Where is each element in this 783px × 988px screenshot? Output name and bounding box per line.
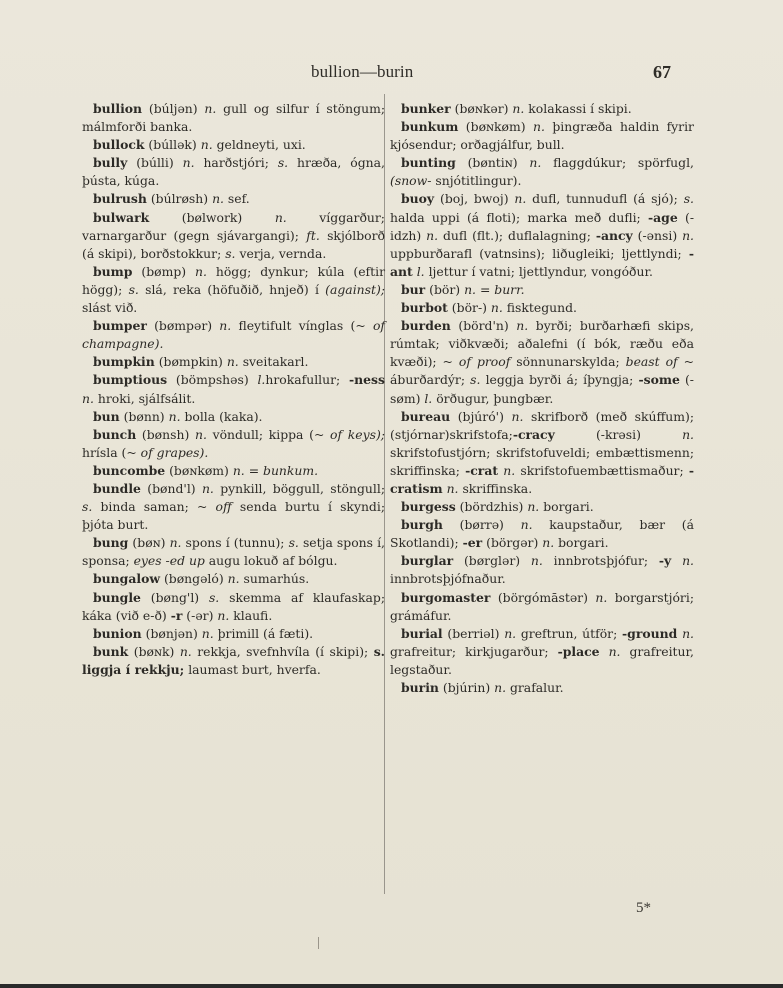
dictionary-entry: burden (börd'n) n. byrði; burðarhæfi ski… (390, 317, 694, 407)
italic-label: burr. (494, 282, 524, 297)
dictionary-entry: bung (bøɴ) n. spons í (tunnu); s. setja … (82, 534, 385, 570)
page-header: bullion—burin 67 (0, 62, 783, 86)
italic-label: n. (228, 571, 240, 586)
headword: bulwark (93, 210, 149, 225)
dictionary-entry: burial (berriəl) n. greftrun, útför; -gr… (390, 625, 694, 679)
italic-label: n. (180, 644, 192, 659)
headword: bully (93, 155, 127, 170)
headword: bumptious (93, 372, 167, 387)
italic-label: n. (521, 517, 533, 532)
subentry: -ant (390, 246, 694, 279)
italic-label: l. (424, 391, 432, 406)
headword: bun (93, 409, 120, 424)
dictionary-entry: burgh (børrə) n. kaupstaður, bær (á Skot… (390, 516, 694, 552)
dictionary-entry: bulrush (búlrøsh) n. sef. (82, 190, 385, 208)
headword: bumper (93, 318, 147, 333)
subentry: -crat (465, 463, 498, 478)
headword: bur (401, 282, 425, 297)
italic-label: n. (542, 535, 554, 550)
headword: bullock (93, 137, 144, 152)
dictionary-entry: bully (búlli) n. harðstjóri; s. hræða, ó… (82, 154, 385, 190)
italic-label: l. (257, 372, 265, 387)
italic-label: n. (202, 481, 214, 496)
italic-label: off (216, 499, 232, 514)
italic-label: n. (82, 391, 94, 406)
headword: bunkum (401, 119, 458, 134)
dictionary-entry: bungle (bøng'l) s. skemma af klaufaskap;… (82, 589, 385, 625)
dictionary-entry: bumptious (bömpshəs) l.hrokafullur; -nes… (82, 371, 385, 407)
dictionary-entry: bullion (búljən) n. gull og silfur í stö… (82, 100, 385, 136)
headword: burgomaster (401, 590, 490, 605)
italic-label: n. (195, 427, 207, 442)
italic-label: n. (491, 300, 503, 315)
dictionary-entry: bur (bör) n. = burr. (390, 281, 694, 299)
headword: bunion (93, 626, 142, 641)
headword: bullion (93, 101, 142, 116)
dictionary-entry: bump (bømp) n. högg; dynkur; kúla (eftir… (82, 263, 385, 317)
subentry: -place (558, 644, 600, 659)
subentry: -cracy (513, 427, 555, 442)
italic-label: n. (227, 354, 239, 369)
italic-label: n. (169, 409, 181, 424)
italic-label: (against); (325, 282, 385, 297)
subentry: -er (463, 535, 483, 550)
headword: burbot (401, 300, 448, 315)
headword: bunch (93, 427, 136, 442)
headword: bungalow (93, 571, 160, 586)
italic-label: s. (129, 282, 139, 297)
italic-label: ft. (306, 228, 320, 243)
dictionary-entry: bun (bønn) n. bolla (kaka). (82, 408, 385, 426)
headword: burglar (401, 553, 453, 568)
headword: bureau (401, 409, 450, 424)
italic-label: n. (426, 228, 438, 243)
italic-label: s. (82, 499, 92, 514)
subentry: -cratism (390, 463, 694, 496)
headword: bumpkin (93, 354, 155, 369)
headword: bung (93, 535, 128, 550)
italic-label: n. (503, 463, 515, 478)
headword: bump (93, 264, 132, 279)
headword: buoy (401, 191, 434, 206)
headword: bundle (93, 481, 141, 496)
dictionary-page: bullion—burin 67 bullion (búljən) n. gul… (0, 0, 783, 988)
italic-label: s. (225, 246, 235, 261)
subentry: -ground (622, 626, 677, 641)
italic-label: of grapes). (141, 445, 209, 460)
italic-label: n. (514, 191, 526, 206)
italic-label: of proof (459, 354, 510, 369)
headword: burial (401, 626, 443, 641)
headword: burgh (401, 517, 443, 532)
italic-label: n. (183, 155, 195, 170)
running-head: bullion—burin (311, 62, 413, 82)
italic-label: s. (289, 535, 299, 550)
italic-label: n. (533, 119, 545, 134)
subentry: s. liggja í rekkju; (82, 644, 385, 677)
headword: burin (401, 680, 439, 695)
dictionary-entry: bumpkin (bømpkin) n. sveitakarl. (82, 353, 385, 371)
italic-label: n. (531, 553, 543, 568)
italic-label: s. (209, 590, 219, 605)
italic-label: n. (204, 101, 216, 116)
italic-label: n. (682, 427, 694, 442)
italic-label: (snow- (390, 173, 431, 188)
italic-label: n. (527, 499, 539, 514)
dictionary-entry: bundle (bønd'l) n. pynkill, böggull, stö… (82, 480, 385, 534)
italic-label: n. (609, 644, 621, 659)
italic-label: n. (511, 409, 523, 424)
page-bottom-edge (0, 984, 783, 988)
dictionary-entry: burin (bjúrin) n. grafalur. (390, 679, 694, 697)
italic-label: s. (684, 191, 694, 206)
dictionary-entry: bunting (bøntiɴ) n. flaggdúkur; spörfugl… (390, 154, 694, 190)
page-number: 67 (653, 62, 671, 83)
dictionary-entry: burbot (bör-) n. fisktegund. (390, 299, 694, 317)
italic-label: n. (682, 228, 694, 243)
italic-label: l. (417, 264, 425, 279)
subentry: -some (638, 372, 679, 387)
dictionary-entry: bunker (bøɴkər) n. kolakassi í skipi. (390, 100, 694, 118)
italic-label: n. (529, 155, 541, 170)
italic-label: n. (219, 318, 231, 333)
italic-label: n. (512, 101, 524, 116)
dictionary-entry: buoy (boj, bwoj) n. dufl, tunnudufl (á s… (390, 190, 694, 280)
italic-label: n. (275, 210, 287, 225)
left-column: bullion (búljən) n. gull og silfur í stö… (82, 100, 385, 679)
italic-label: n. (217, 608, 229, 623)
italic-label: n. (170, 535, 182, 550)
subentry: -y (659, 553, 671, 568)
subentry: -age (648, 210, 678, 225)
italic-label: n. (682, 626, 694, 641)
dictionary-entry: bunkum (bøɴkøm) n. þingræða haldin fyrir… (390, 118, 694, 154)
italic-label: n. (595, 590, 607, 605)
dictionary-entry: bunion (bønjən) n. þrimill (á fæti). (82, 625, 385, 643)
headword: bungle (93, 590, 141, 605)
headword: bunker (401, 101, 451, 116)
italic-label: n. (447, 481, 459, 496)
italic-label: n. (516, 318, 528, 333)
signature-mark: 5* (636, 900, 651, 917)
dictionary-entry: bureau (bjúró') n. skrifborð (með skúffu… (390, 408, 694, 498)
print-mark (318, 937, 319, 949)
italic-label: n. (201, 137, 213, 152)
italic-label: s. (470, 372, 480, 387)
italic-label: n. (233, 463, 245, 478)
right-column: bunker (bøɴkər) n. kolakassi í skipi.bun… (390, 100, 694, 697)
headword: bunting (401, 155, 456, 170)
italic-label: n. (202, 626, 214, 641)
italic-label: eyes -ed up (134, 553, 205, 568)
headword: burden (401, 318, 451, 333)
dictionary-entry: burglar (børglər) n. innbrotsþjófur; -y … (390, 552, 694, 588)
italic-label: beast of ~ (626, 354, 694, 369)
italic-label: n. (464, 282, 476, 297)
subentry: -r (171, 608, 183, 623)
italic-label: n. (212, 191, 224, 206)
headword: bulrush (93, 191, 147, 206)
dictionary-entry: bumper (bømpər) n. fleytifult vínglas (~… (82, 317, 385, 353)
italic-label: s. (278, 155, 288, 170)
italic-label: of keys); (330, 427, 385, 442)
dictionary-entry: bunch (bønsh) n. vöndull; kippa (~ of ke… (82, 426, 385, 462)
dictionary-entry: bullock (búllək) n. geldneyti, uxi. (82, 136, 385, 154)
dictionary-entry: burgomaster (börgómāstər) n. borgarstjór… (390, 589, 694, 625)
dictionary-entry: buncombe (bøɴkøm) n. = bunkum. (82, 462, 385, 480)
italic-label: n. (682, 553, 694, 568)
dictionary-entry: bulwark (bølwork) n. víggarður; varnarga… (82, 209, 385, 263)
italic-label: n. (504, 626, 516, 641)
italic-label: bunkum. (263, 463, 318, 478)
italic-label: n. (494, 680, 506, 695)
headword: burgess (401, 499, 456, 514)
headword: buncombe (93, 463, 165, 478)
dictionary-entry: bunk (bøɴk) n. rekkja, svefnhvíla (í ski… (82, 643, 385, 679)
column-divider (384, 94, 385, 894)
dictionary-entry: bungalow (bøngəló) n. sumarhús. (82, 570, 385, 588)
subentry: -ancy (596, 228, 633, 243)
headword: bunk (93, 644, 128, 659)
italic-label: n. (195, 264, 207, 279)
dictionary-entry: burgess (bördzhis) n. borgari. (390, 498, 694, 516)
subentry: -ness (349, 372, 385, 387)
